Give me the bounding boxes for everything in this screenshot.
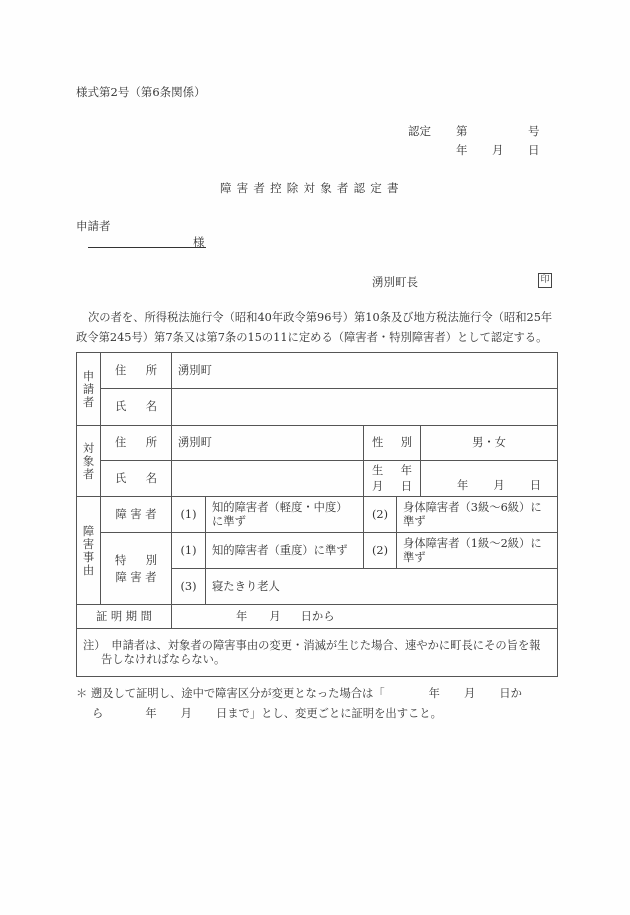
footnote: ＊ 遡及して証明し、途中で障害区分が変更となった場合は「年月日か ら年月日まで」… [76, 684, 558, 724]
certification-period-label: 証 明 期 間 [77, 605, 172, 629]
disabled-label: 障 害 者 [101, 497, 172, 533]
applicant-name-label: 氏名 [101, 389, 172, 426]
certification-period-field[interactable]: 年月日から [172, 605, 558, 629]
subject-name-label: 氏名 [101, 461, 172, 497]
reason-section-header: 障 害 事 由 [77, 497, 101, 605]
subject-name-field[interactable] [172, 461, 364, 497]
subject-gender-field[interactable]: 男・女 [421, 426, 558, 461]
special-disabled-label: 特別 障 害 者 [101, 533, 172, 605]
special-item3-number: (3) [172, 569, 206, 605]
special-item2-number: (2) [364, 533, 397, 569]
disabled-item1-number: (1) [172, 497, 206, 533]
special-item1-number: (1) [172, 533, 206, 569]
certification-label: 認定 [408, 123, 431, 139]
seal-icon: 印 [538, 273, 552, 288]
subject-birthdate-field[interactable]: 年 月 日 [421, 461, 558, 497]
certification-number-prefix: 第 [456, 123, 468, 139]
issue-date-month: 月 [492, 142, 504, 158]
applicant-section-header: 申 請 者 [77, 353, 101, 426]
issuer-name: 湧別町長 [372, 274, 418, 290]
applicant-label: 申請者 [76, 218, 111, 234]
subject-gender-label: 性別 [364, 426, 421, 461]
table-note: 注） 申請者は、対象者の障害事由の変更・消滅が生じた場合、速やかに町長にその旨を… [77, 629, 558, 677]
subject-section-header: 対 象 者 [77, 426, 101, 497]
special-item1-option[interactable]: 知的障害者（重度）に準ず [206, 533, 364, 569]
special-item2-option[interactable]: 身体障害者（1級～2級）に準ず [397, 533, 558, 569]
form-number: 様式第2号（第6条関係） [76, 84, 206, 100]
applicant-address-label: 住所 [101, 353, 172, 389]
subject-birthdate-label: 生年 月日 [364, 461, 421, 497]
applicant-address-field[interactable]: 湧別町 [172, 353, 558, 389]
subject-address-label: 住所 [101, 426, 172, 461]
disabled-item2-option[interactable]: 身体障害者（3級～6級）に準ず [397, 497, 558, 533]
issue-date-year: 年 [456, 142, 468, 158]
disabled-item1-option[interactable]: 知的障害者（軽度・中度）に準ず [206, 497, 364, 533]
certification-table: 申 請 者 住所 湧別町 氏名 対 象 者 住所 湧別町 性別 男・女 氏名 [76, 352, 558, 677]
applicant-honorific: 様 [193, 234, 205, 250]
applicant-name-table-field[interactable] [172, 389, 558, 426]
special-item3-option[interactable]: 寝たきり老人 [206, 569, 558, 605]
applicant-name-field[interactable] [88, 247, 206, 248]
disabled-item2-number: (2) [364, 497, 397, 533]
subject-address-field[interactable]: 湧別町 [172, 426, 364, 461]
certification-number-suffix: 号 [528, 123, 540, 139]
footnote-marker: ＊ [76, 687, 87, 700]
issue-date-day: 日 [528, 142, 540, 158]
document-title: 障害者控除対象者認定書 [220, 180, 404, 196]
certification-statement: 次の者を、所得税法施行令（昭和40年政令第96号）第10条及び地方税法施行令（昭… [76, 308, 558, 348]
